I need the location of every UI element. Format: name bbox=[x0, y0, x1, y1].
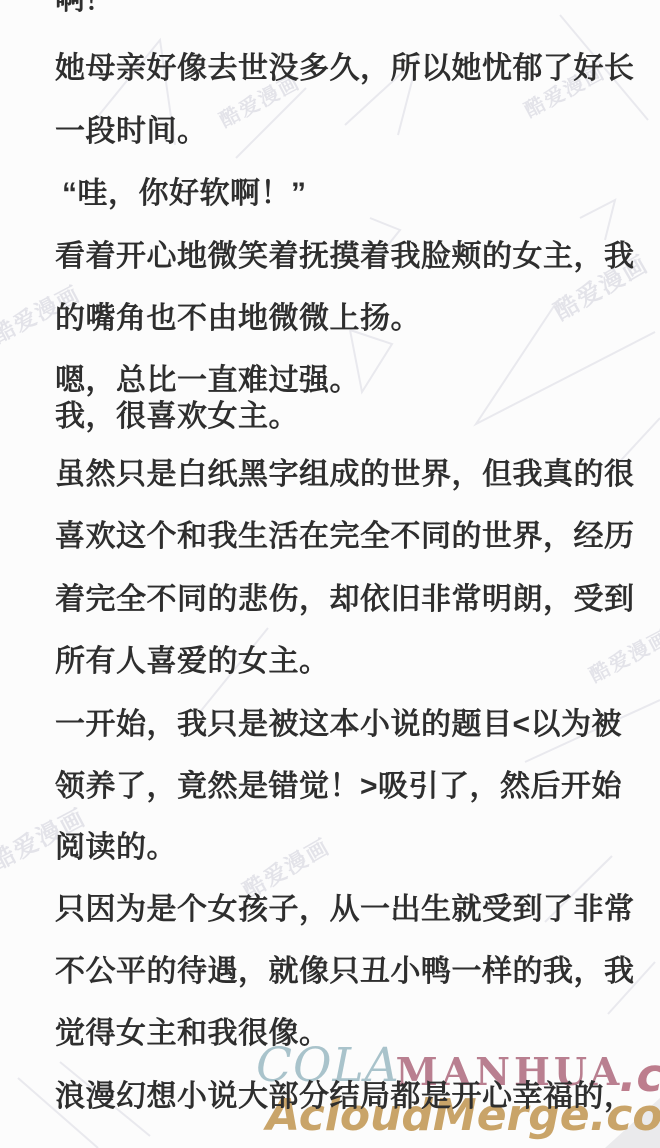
text-line: 啊？ bbox=[55, 0, 116, 16]
text-line: “哇，你好软啊！” bbox=[62, 177, 307, 210]
text-line: 阅读的。 bbox=[55, 831, 177, 864]
text-line: 虽然只是白纸黑字组成的世界，但我真的很 bbox=[55, 458, 635, 491]
text-line: 着完全不同的悲伤，却依旧非常明朗，受到 bbox=[55, 583, 635, 616]
comic-text-page: 酷爱漫画 酷爱漫画 酷爱漫画 酷爱漫画 酷爱漫画 酷爱漫画 酷爱漫画 COLAM… bbox=[0, 0, 660, 1148]
text-line: 领养了，竟然是错觉！>吸引了，然后开始 bbox=[55, 770, 622, 803]
text-line: 的嘴角也不由地微微上扬。 bbox=[55, 302, 421, 335]
text-line: 看着开心地微笑着抚摸着我脸颊的女主，我 bbox=[55, 240, 635, 273]
text-line: 喜欢这个和我生活在完全不同的世界，经历 bbox=[55, 520, 635, 553]
text-line: 不公平的待遇，就像只丑小鸭一样的我，我 bbox=[55, 955, 635, 988]
text-line: 她母亲好像去世没多久，所以她忧郁了好长 bbox=[55, 52, 635, 85]
text-line: 一段时间。 bbox=[55, 115, 208, 148]
text-line: 一开始，我只是被这本小说的题目<以为被 bbox=[55, 708, 622, 741]
text-line: 嗯，总比一直难过强。 bbox=[55, 364, 360, 397]
text-line: 只因为是个女孩子，从一出生就受到了非常 bbox=[55, 893, 635, 926]
text-line: 所有人喜爱的女主。 bbox=[55, 645, 330, 678]
text-line: 觉得女主和我很像。 bbox=[55, 1017, 330, 1050]
text-line: 浪漫幻想小说大部分结局都是开心幸福的， bbox=[55, 1080, 635, 1113]
text-line: 我，很喜欢女主。 bbox=[55, 400, 299, 433]
